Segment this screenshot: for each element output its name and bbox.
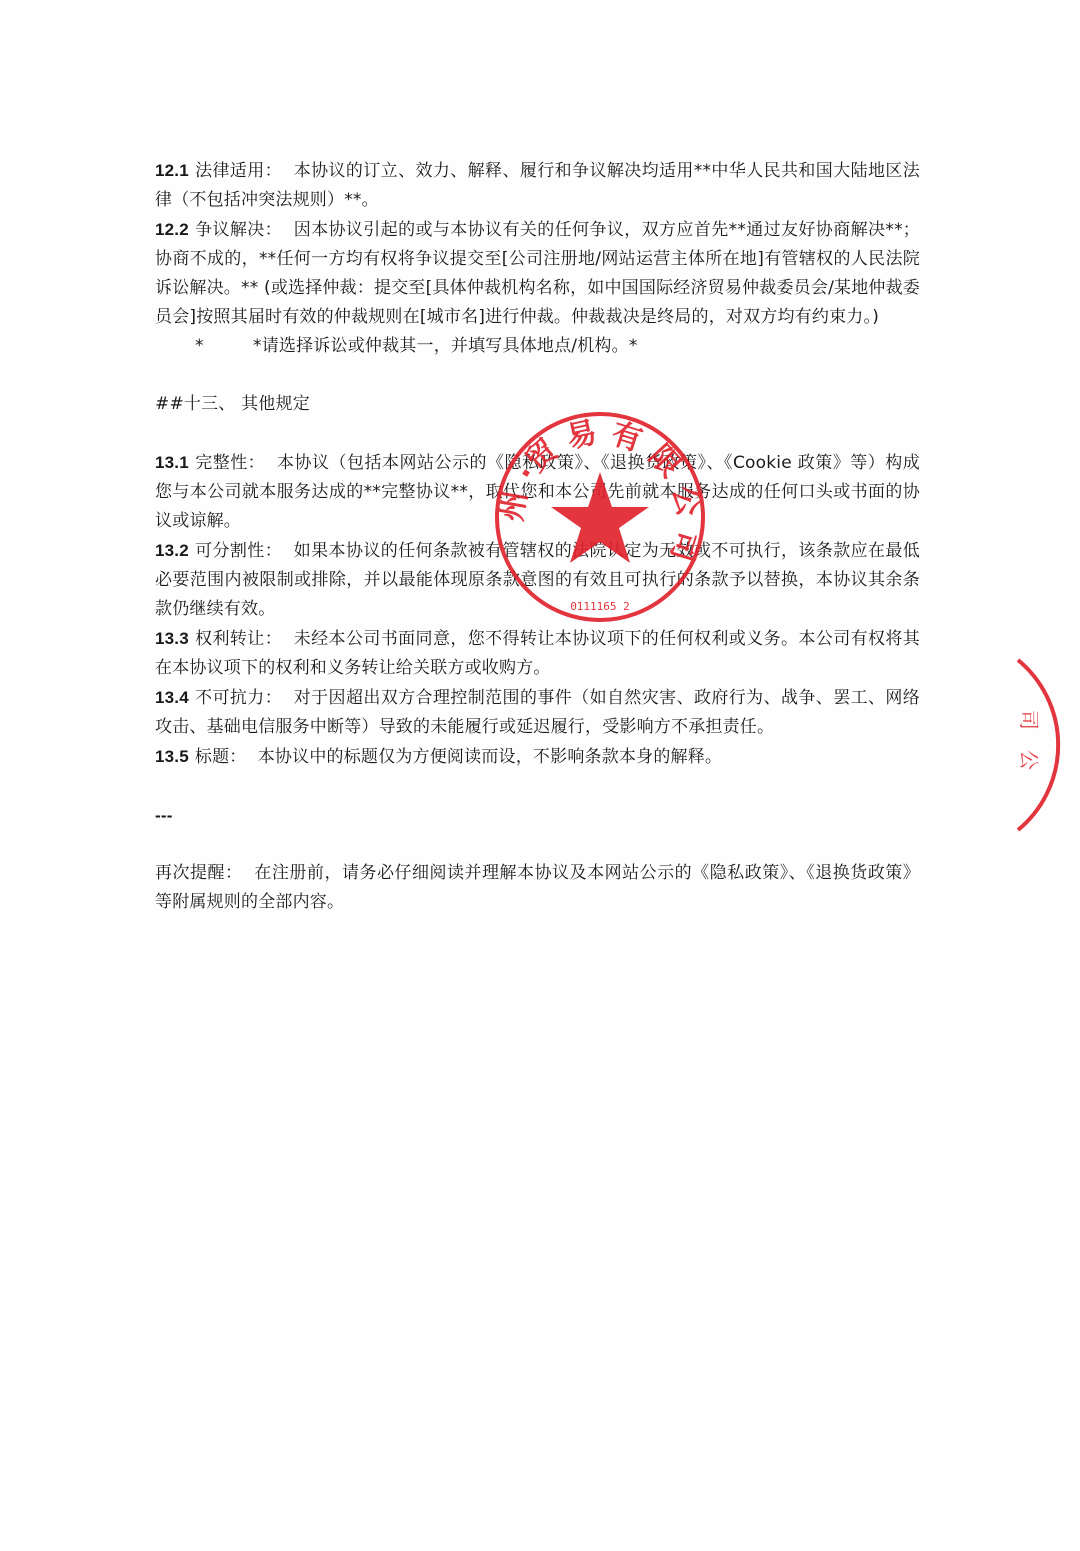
spacer	[155, 772, 920, 801]
section-heading-13: ##十三、 其他规定	[155, 390, 920, 419]
clause-body: 本协议（包括本网站公示的《隐私政策》、《退换货政策》、《Cookie 政策》等）…	[155, 453, 920, 531]
separator: ---	[155, 801, 920, 830]
reminder-title: 再次提醒：	[155, 863, 243, 883]
clause-number: 13.4	[155, 688, 189, 707]
spacer	[155, 830, 920, 859]
svg-text:司: 司	[1017, 710, 1041, 730]
clause-title: 法律适用：	[195, 161, 282, 181]
spacer	[155, 361, 920, 390]
clause-title: 可分割性：	[195, 541, 282, 561]
svg-text:公: 公	[1017, 750, 1041, 770]
clause-13-4: 13.4不可抗力： 对于因超出双方合理控制范围的事件（如自然灾害、政府行为、战争…	[155, 683, 920, 742]
clause-title: 完整性：	[195, 453, 265, 473]
clause-12-2: 12.2争议解决： 因本协议引起的或与本协议有关的任何争议，双方应首先**通过友…	[155, 215, 920, 332]
clause-13-2: 13.2可分割性： 如果本协议的任何条款被有管辖权的法院认定为无效或不可执行，该…	[155, 536, 920, 624]
clause-number: 12.2	[155, 220, 189, 239]
clause-13-1: 13.1完整性： 本协议（包括本网站公示的《隐私政策》、《退换货政策》、《Coo…	[155, 448, 920, 536]
clause-title: 不可抗力：	[195, 688, 282, 708]
selection-note: **请选择诉讼或仲裁其一，并填写具体地点/机构。*	[155, 332, 920, 361]
clause-title: 争议解决：	[195, 220, 282, 240]
clause-12-1: 12.1法律适用： 本协议的订立、效力、解释、履行和争议解决均适用**中华人民共…	[155, 156, 920, 215]
clause-body: 本协议中的标题仅为方便阅读而设，不影响条款本身的解释。	[258, 747, 722, 767]
clause-title: 标题：	[195, 747, 247, 767]
clause-number: 13.5	[155, 747, 189, 766]
clause-title: 权利转让：	[195, 629, 282, 649]
clause-number: 13.1	[155, 453, 189, 472]
spacer	[155, 419, 920, 448]
clause-number: 13.3	[155, 629, 189, 648]
document-body: 12.1法律适用： 本协议的订立、效力、解释、履行和争议解决均适用**中华人民共…	[155, 156, 920, 917]
note-bullet: *	[195, 332, 253, 361]
note-text: *请选择诉讼或仲裁其一，并填写具体地点/机构。*	[253, 336, 638, 356]
clause-13-5: 13.5标题： 本协议中的标题仅为方便阅读而设，不影响条款本身的解释。	[155, 742, 920, 772]
clause-number: 13.2	[155, 541, 189, 560]
clause-13-3: 13.3权利转让： 未经本公司书面同意，您不得转让本协议项下的任何权利或义务。本…	[155, 624, 920, 683]
edge-seal-icon: 司 公	[1000, 650, 1080, 840]
reminder-body: 在注册前，请务必仔细阅读并理解本协议及本网站公示的《隐私政策》、《退换货政策》等…	[155, 863, 920, 912]
section-title: 十三、 其他规定	[184, 394, 310, 414]
document-page: 12.1法律适用： 本协议的订立、效力、解释、履行和争议解决均适用**中华人民共…	[0, 0, 1080, 1551]
heading-marker: ##	[155, 394, 184, 414]
clause-number: 12.1	[155, 161, 189, 180]
final-reminder: 再次提醒： 在注册前，请务必仔细阅读并理解本协议及本网站公示的《隐私政策》、《退…	[155, 859, 920, 917]
